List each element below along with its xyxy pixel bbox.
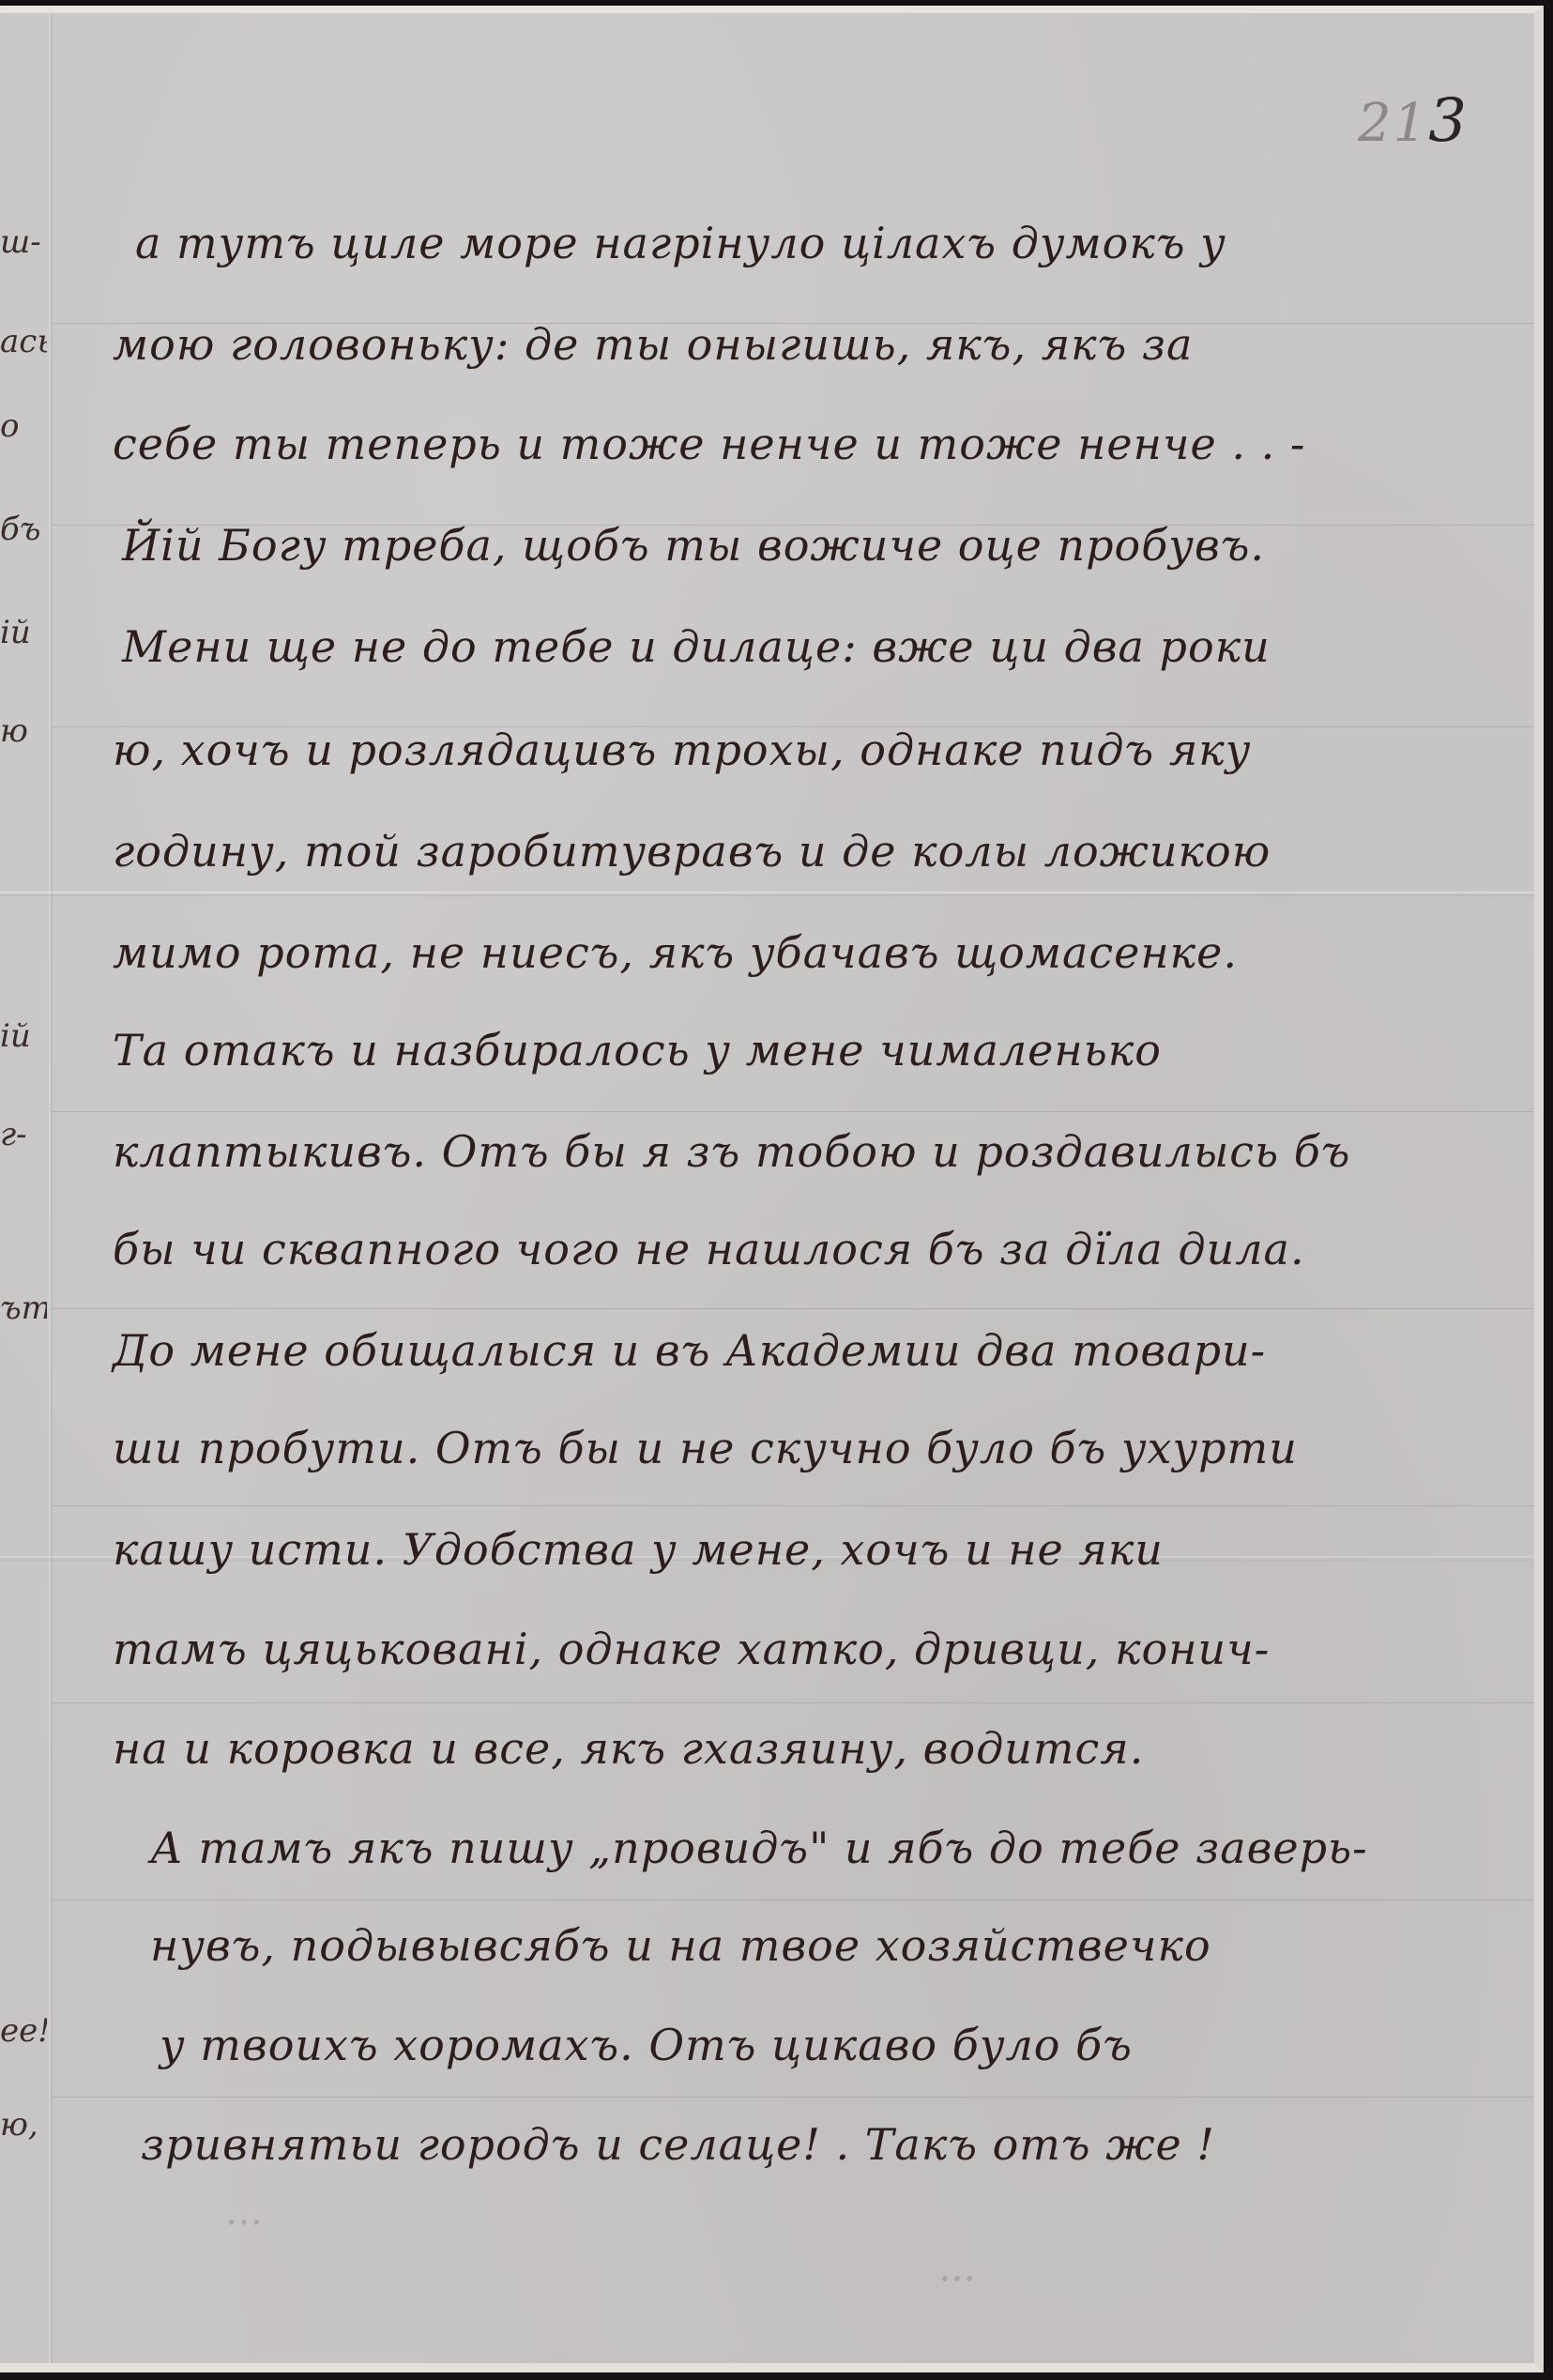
handwritten-line: бы чи сквапного чого не нашлося бъ за дї… [113,1224,1305,1274]
handwritten-line: мою головоньку: де ты оныгишь, якъ, якъ … [113,319,1193,370]
ink-bleed-through: … [225,2190,263,2234]
ruling-line [53,1308,1534,1309]
page-number-main-digit: 3 [1428,86,1469,156]
ruling-line [53,1111,1534,1112]
margin-fragment: г- [0,1116,47,1153]
handwritten-line: До мене обищалыся и въ Академии два това… [113,1325,1266,1376]
adjacent-page-margin: ш- ась о бъ ій ю ій г- ът. ее! ю, [0,13,47,2363]
handwritten-line: клаптыкивъ. Отъ бы я зъ тобою и роздавил… [113,1126,1350,1177]
margin-fragment: о [0,407,47,445]
margin-fragment: ю [0,712,47,750]
ruling-line [53,1899,1534,1900]
handwritten-line: нувъ, подывывсябъ и на твое хозяйствечко [150,1920,1211,1971]
ruling-line [53,1702,1534,1703]
handwritten-line: тамъ цяцькованi, однаке хатко, дривци, к… [113,1624,1270,1674]
ruling-line [53,1505,1534,1506]
margin-fragment: бъ [0,511,47,548]
handwritten-line: зривнятьи городъ и селаце! . Такъ отъ же… [141,2119,1215,2170]
handwritten-line: себе ты теперь и тоже ненче и тоже ненче… [113,419,1305,469]
margin-fragment: ась [0,323,47,360]
horizontal-fold-crease [0,892,1534,896]
handwritten-line: Йій Богу треба, щобъ ты вожиче оце пробу… [122,520,1265,571]
margin-fragment: ій [0,1017,47,1055]
vertical-fold-crease [49,13,53,2363]
handwritten-line: Мени ще не до тебе и дилаце: вже ци два … [122,621,1271,672]
handwritten-line: А тамъ якъ пишу „провидъ" и ябъ до тебе … [150,1823,1368,1873]
margin-fragment: ю, [0,2106,47,2144]
page-number-faint-prefix: 21 [1358,93,1428,154]
handwritten-line: ши пробути. Отъ бы и не скучно було бъ у… [113,1423,1298,1473]
margin-fragment: ій [0,614,47,651]
page-number: 213 [1358,86,1469,156]
handwritten-line: кашу исти. Удобства у мене, хочъ и не як… [113,1524,1164,1575]
handwritten-line: а тутъ цилe мope нагрінуло цілахъ думокъ… [135,218,1226,268]
margin-fragment: ш- [0,223,47,261]
handwritten-line: на и коровка и все, якъ гхазяину, водитс… [113,1723,1144,1774]
handwritten-line: у твоихъ хоромахъ. Отъ цикаво було бъ [160,2020,1133,2070]
handwritten-line: ю, хочъ и розлядацивъ трохы, однаке пидъ… [113,725,1251,775]
ink-bleed-through: … [938,2247,976,2290]
handwritten-line: мимо рота, не ниесъ, якъ убачавъ щомасен… [113,927,1238,978]
margin-fragment: ее! [0,2012,47,2050]
handwritten-line: Та отакъ и назбиралось у мене чималенько [113,1025,1162,1076]
margin-fragment: ът. [0,1289,47,1327]
letter-page-scan: 213 ш- ась о бъ ій ю ій г- ът. ее! ю, а … [0,6,1544,2372]
handwritten-line: годину, той заробитувравъ и де колы ложи… [113,826,1271,877]
ruling-line [53,2097,1534,2098]
